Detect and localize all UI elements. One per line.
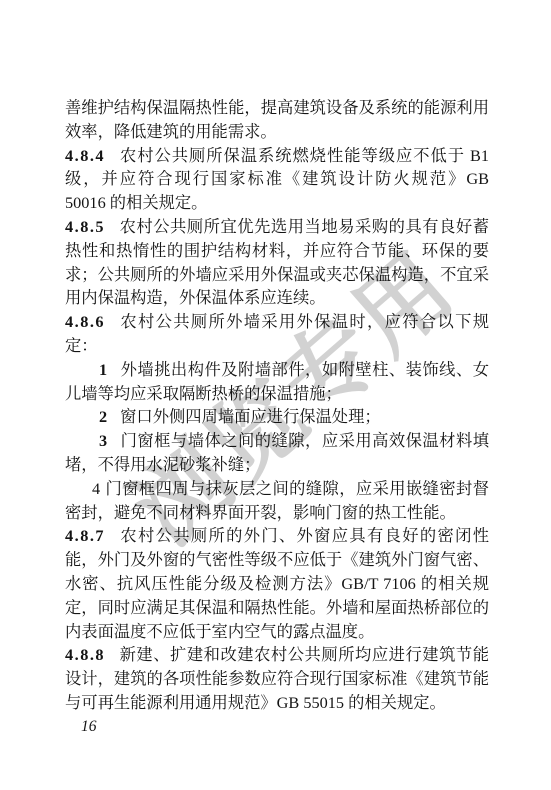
clause-4-8-7: 4.8.7农村公共厕所的外门、外窗应具有良好的密闭性能，外门及外窗的气密性等级不… [65,524,489,643]
clause-4-8-4: 4.8.4农村公共厕所保温系统燃烧性能等级应不低于 B1 级，并应符合现行国家标… [65,144,489,215]
list-item-number: 3 [99,431,107,450]
clause-number: 4.8.7 [65,526,105,545]
clause-4-8-6: 4.8.6农村公共厕所外墙采用外保温时，应符合以下规定： [65,310,489,358]
list-item-number: 4 [92,479,100,498]
clause-text: 农村公共厕所的外门、外窗应具有良好的密闭性能，外门及外窗的气密性等级不应低于《建… [65,526,489,640]
list-item: 1外墙挑出构件及附墙部件，如附壁柱、装饰线、女儿墙等均应采取隔断热桥的保温措施； [65,358,489,406]
list-item: 3门窗框与墙体之间的缝隙，应采用高效保温材料填堵，不得用水泥砂浆补缝； [65,429,489,477]
clause-number: 4.8.5 [65,217,105,236]
clause-text: 农村公共厕所外墙采用外保温时，应符合以下规定： [65,312,489,355]
list-item: 2窗口外侧四周墙面应进行保温处理； [65,405,489,429]
list-item-text: 门窗框与墙体之间的缝隙，应采用高效保温材料填堵，不得用水泥砂浆补缝； [65,431,489,474]
list-item-number: 1 [99,360,107,379]
clause-4-8-5: 4.8.5农村公共厕所宜优先选用当地易采购的具有良好蓄热性和热惰性的围护结构材料… [65,215,489,310]
document-page: 浏览专用 善维护结构保温隔热性能，提高建筑设备及系统的能源利用效率，降低建筑的用… [0,0,551,790]
list-item-number: 2 [99,407,107,426]
list-item-text: 门窗框四周与抹灰层之间的缝隙，应采用嵌缝密封督密封，避免不同材料界面开裂，影响门… [65,479,489,522]
clause-number: 4.8.8 [65,645,105,664]
clause-number: 4.8.6 [65,312,105,331]
clause-text: 农村公共厕所宜优先选用当地易采购的具有良好蓄热性和热惰性的围护结构材料，并应符合… [65,217,489,307]
list-item-text: 窗口外侧四周墙面应进行保温处理； [120,407,381,426]
page-number: 16 [65,715,489,739]
paragraph-continuation: 善维护结构保温隔热性能，提高建筑设备及系统的能源利用效率，降低建筑的用能需求。 [65,96,489,144]
clause-text: 农村公共厕所保温系统燃烧性能等级应不低于 B1 级，并应符合现行国家标准《建筑设… [65,146,489,213]
page-content: 善维护结构保温隔热性能，提高建筑设备及系统的能源利用效率，降低建筑的用能需求。 … [65,96,489,739]
clause-4-8-8: 4.8.8新建、扩建和改建农村公共厕所均应进行建筑节能设计，建筑的各项性能参数应… [65,643,489,714]
list-item: 4门窗框四周与抹灰层之间的缝隙，应采用嵌缝密封督密封，避免不同材料界面开裂，影响… [65,477,489,525]
clause-text: 新建、扩建和改建农村公共厕所均应进行建筑节能设计，建筑的各项性能参数应符合现行国… [65,645,489,712]
clause-number: 4.8.4 [65,146,105,165]
list-item-text: 外墙挑出构件及附墙部件，如附壁柱、装饰线、女儿墙等均应采取隔断热桥的保温措施； [65,360,489,403]
